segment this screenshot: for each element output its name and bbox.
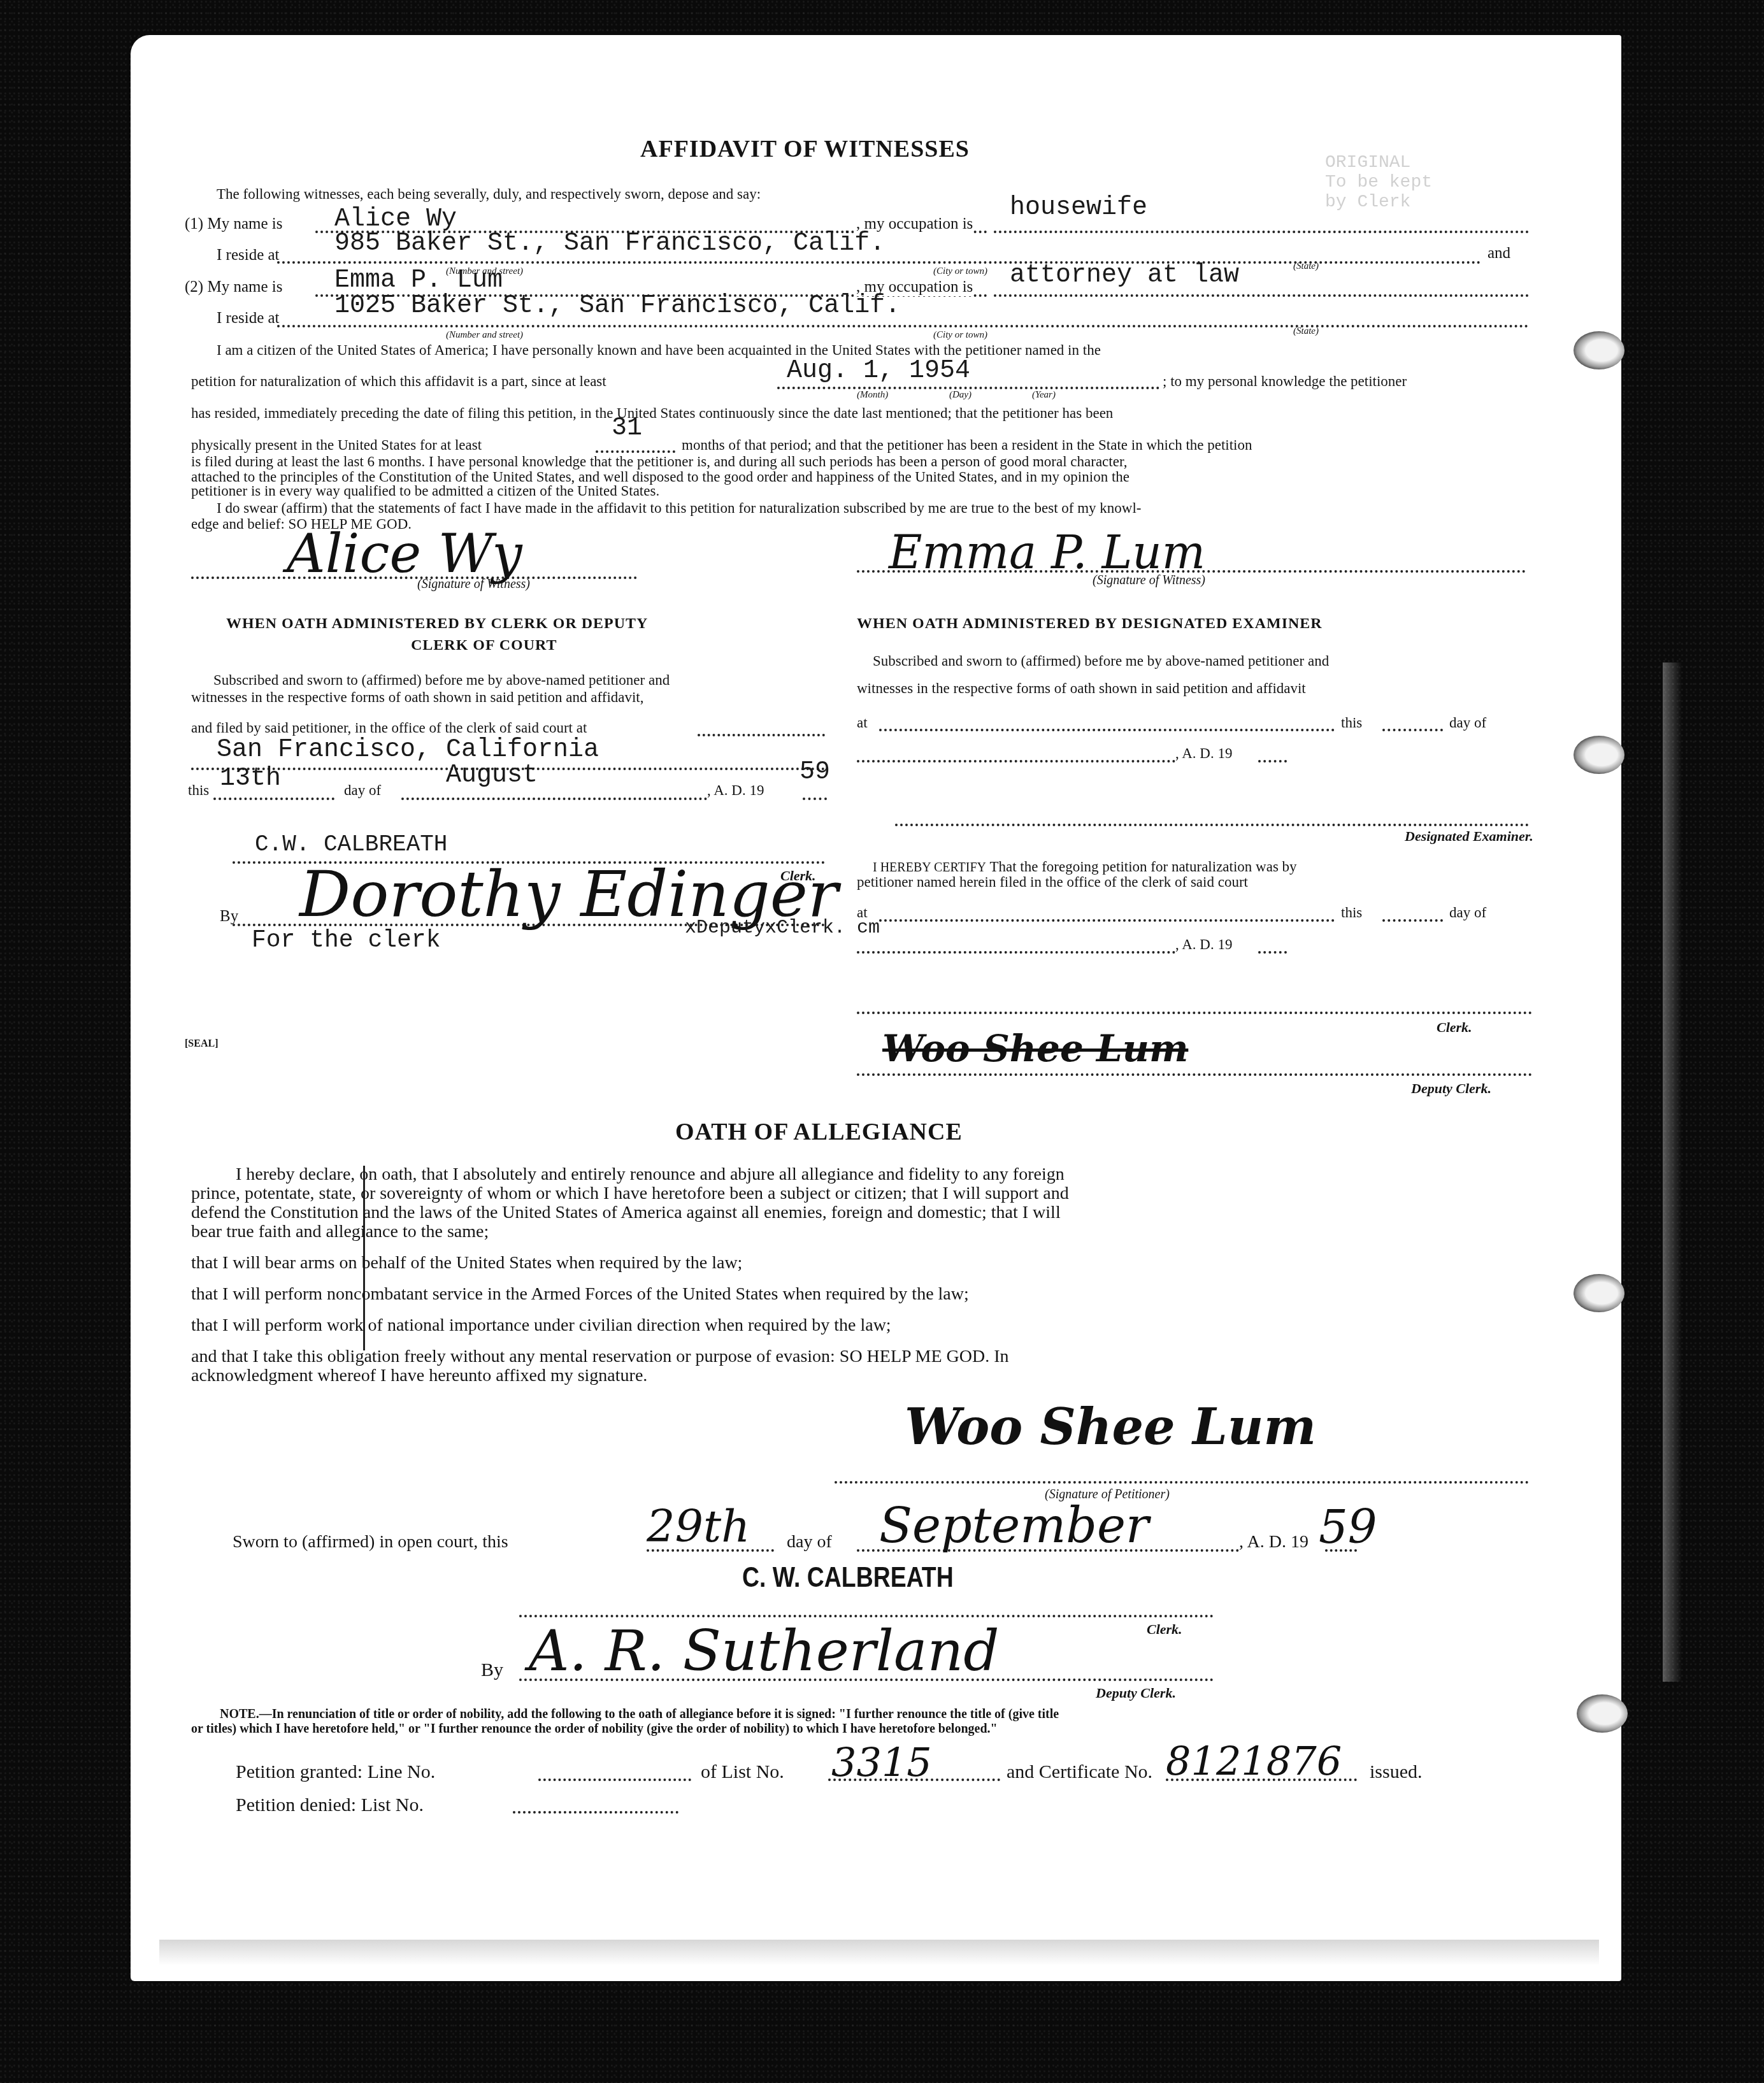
petitioner-signature-line: [835, 1481, 1529, 1484]
seal-label: [SEAL]: [185, 1038, 218, 1050]
witness2-address[interactable]: 1025 Baker St., San Francisco, Calif.: [334, 292, 900, 320]
affidavit-body-line2-post: ; to my personal knowledge the petitione…: [1163, 373, 1407, 390]
granted-label: Petition granted: Line No.: [236, 1761, 435, 1783]
note-line2: or titles) which I have heretofore held,…: [191, 1722, 998, 1736]
punch-hole-icon: [1574, 1274, 1624, 1312]
witness2-signature: Emma P. Lum: [889, 526, 1205, 579]
affidavit-title: AFFIDAVIT OF WITNESSES: [640, 135, 970, 163]
examiner-this-label: this: [1341, 715, 1362, 731]
clerk-year-line: [803, 798, 827, 800]
certify-clerk-line: [857, 1012, 1532, 1014]
caption-year: (Year): [1032, 390, 1056, 401]
clerk-by-label: By: [220, 908, 238, 926]
witness2-occupation-line: [994, 294, 1529, 297]
certify-at-label: at: [857, 905, 868, 921]
oath-line9: acknowledgment whereof I have hereunto a…: [191, 1366, 647, 1386]
caption-state: (State): [1293, 326, 1319, 337]
examiner-at-label: at: [857, 715, 868, 731]
caption-state: (State): [1293, 261, 1319, 272]
oath-line1: I hereby declare, on oath, that I absolu…: [236, 1164, 1065, 1185]
certify-at-line[interactable]: [879, 919, 1335, 922]
caption-day: (Day): [949, 390, 972, 401]
examiner-section-heading: WHEN OATH ADMINISTERED BY DESIGNATED EXA…: [857, 615, 1323, 633]
clerk-day[interactable]: 13th: [220, 764, 281, 793]
certify-ad-label: , A. D. 19: [1175, 936, 1232, 953]
clerk-ad-label: , A. D. 19: [707, 782, 764, 799]
examiner-text-line1: Subscribed and sworn to (affirmed) befor…: [873, 653, 1329, 669]
witness1-reside-label: I reside at: [217, 247, 280, 264]
list-no[interactable]: 3315: [831, 1739, 932, 1786]
witness2-address-line: [277, 325, 1529, 327]
caption-city-town: (City or town): [933, 330, 987, 341]
certify-deputy-line: [857, 1073, 1532, 1076]
denied-label: Petition denied: List No.: [236, 1794, 424, 1816]
witness2-signature-caption: (Signature of Witness): [1093, 573, 1205, 588]
sworn-day-of-label: day of: [787, 1532, 832, 1552]
punch-hole-icon: [1574, 736, 1624, 774]
witness1-name-label: (1) My name is: [185, 215, 282, 233]
oath-line2: prince, potentate, state, or sovereignty…: [191, 1184, 1069, 1204]
caption-month: (Month): [857, 390, 888, 401]
sworn-label: Sworn to (affirmed) in open court, this: [233, 1532, 508, 1552]
oath-title: OATH OF ALLEGIANCE: [675, 1118, 963, 1146]
clerk-section-text-line3: and filed by said petitioner, in the off…: [191, 720, 587, 736]
affidavit-body-line7: petitioner is in every way qualified to …: [191, 483, 659, 499]
oath-line5: that I will bear arms on behalf of the U…: [191, 1253, 742, 1273]
struck-petitioner-signature: Woo Shee Lum: [882, 1027, 1188, 1070]
clerk-name: C.W. CALBREATH: [255, 831, 447, 857]
witness1-signature-caption: (Signature of Witness): [417, 577, 530, 592]
clerk-stamp: C. W. CALBREATH: [742, 1562, 954, 1594]
caption-city-town: (City or town): [933, 266, 987, 277]
page-bottom-shadow: [159, 1940, 1599, 1965]
page-edge-shadow: [1663, 662, 1682, 1682]
deputy-typed-note: For the clerk: [252, 927, 440, 954]
witness1-occupation-line: [994, 231, 1529, 233]
witness2-occupation[interactable]: attorney at law: [1010, 261, 1239, 290]
denied-list-no-field[interactable]: [513, 1811, 678, 1814]
examiner-year-line[interactable]: [1258, 760, 1287, 762]
affidavit-body-line4: physically present in the United States …: [191, 437, 482, 454]
certify-text-line2: petitioner named herein filed in the off…: [857, 874, 1248, 891]
punch-hole-icon: [1574, 331, 1624, 369]
affidavit-body-line3: has resided, immediately preceding the d…: [191, 405, 1113, 422]
place-line-tail: [698, 734, 825, 736]
clerk-day-of-label: day of: [344, 782, 381, 799]
oath-clerk-caption: Clerk.: [1147, 1621, 1182, 1638]
witness1-address[interactable]: 985 Baker St., San Francisco, Calif.: [334, 229, 885, 258]
granted-line-no-field[interactable]: [538, 1779, 691, 1781]
certify-year-line[interactable]: [1258, 951, 1287, 954]
note-line1: NOTE.—In renunciation of title or order …: [220, 1707, 1059, 1722]
certify-clerk-caption: Clerk.: [1437, 1019, 1472, 1036]
clerk-month-line: [401, 798, 707, 800]
oath-by-label: By: [481, 1659, 503, 1681]
months-present[interactable]: 31: [612, 414, 642, 443]
examiner-at-line[interactable]: [879, 729, 1335, 731]
oath-line6: that I will perform noncombatant service…: [191, 1284, 969, 1305]
witness2-name[interactable]: Emma P. Lum: [334, 266, 503, 295]
oath-line7: that I will perform work of national imp…: [191, 1315, 891, 1336]
deputy-overtype: xDeputyxClerk. cm: [685, 917, 880, 939]
clerk-section-heading-line1: WHEN OATH ADMINISTERED BY CLERK OR DEPUT…: [226, 615, 648, 633]
clerk-section-text-line2: witnesses in the respective forms of oat…: [191, 689, 644, 706]
sworn-month[interactable]: September: [879, 1497, 1149, 1554]
clerk-this-label: this: [188, 782, 209, 799]
clerk-section-heading-line2: CLERK OF COURT: [411, 637, 557, 654]
certify-day-line[interactable]: [1382, 919, 1443, 922]
certify-text-line1-content: That the foregoing petition for naturali…: [989, 859, 1296, 875]
certificate-no[interactable]: 8121876: [1166, 1738, 1342, 1784]
oath-deputy-signature: A. R. Sutherland: [529, 1618, 999, 1684]
clerk-year[interactable]: 59: [800, 758, 830, 787]
affidavit-body-line4-post: months of that period; and that the peti…: [682, 437, 1252, 454]
certificate-label: and Certificate No.: [1007, 1761, 1152, 1783]
oath-deputy-caption: Deputy Clerk.: [1096, 1685, 1176, 1701]
certify-text-line1: I HEREBY CERTIFY That the foregoing peti…: [873, 859, 1297, 875]
bleed-through-text: ORIGINALTo be keptby Clerk: [1325, 153, 1432, 212]
acquainted-since-line: [777, 387, 1159, 389]
clerk-month[interactable]: August: [446, 761, 538, 790]
sworn-ad-label: , A. D. 19: [1239, 1532, 1309, 1552]
oath-line8: and that I take this obligation freely w…: [191, 1347, 1009, 1367]
clerk-place[interactable]: San Francisco, California: [217, 736, 599, 764]
caption-number-street: (Number and street): [446, 330, 523, 341]
certify-month-line[interactable]: [857, 951, 1175, 954]
examiner-month-line[interactable]: [857, 760, 1175, 762]
oath-line4: bear true faith and allegiance to the sa…: [191, 1222, 489, 1242]
affidavit-body-line5: is filed during at least the last 6 mont…: [191, 454, 1127, 470]
examiner-caption: Designated Examiner.: [1405, 828, 1533, 845]
petitioner-signature: Woo Shee Lum: [905, 1398, 1316, 1456]
witness1-signature: Alice Wy: [287, 522, 522, 585]
oath-clerk-line: [519, 1615, 1214, 1617]
examiner-day-of-label: day of: [1449, 715, 1486, 731]
witness2-reside-label: I reside at: [217, 310, 280, 327]
swear-line1: I do swear (affirm) that the statements …: [217, 500, 1142, 517]
months-present-line: [596, 450, 675, 453]
certify-lead: I HEREBY CERTIFY: [873, 861, 986, 875]
and-label: and: [1488, 245, 1510, 262]
examiner-ad-label: , A. D. 19: [1175, 745, 1232, 762]
sworn-day[interactable]: 29th: [647, 1500, 750, 1552]
acquainted-since-date[interactable]: Aug. 1, 1954: [787, 357, 970, 385]
of-list-label: of List No.: [701, 1761, 784, 1783]
examiner-day-line[interactable]: [1382, 729, 1443, 731]
clerk-section-text-line1: Subscribed and sworn to (affirmed) befor…: [213, 672, 670, 689]
sworn-year[interactable]: 59: [1319, 1500, 1377, 1554]
certify-day-of-label: day of: [1449, 905, 1486, 921]
affidavit-intro: The following witnesses, each being seve…: [217, 186, 761, 203]
oath-line3: defend the Constitution and the laws of …: [191, 1203, 1061, 1223]
examiner-text-line2: witnesses in the respective forms of oat…: [857, 680, 1306, 697]
certify-this-label: this: [1341, 905, 1362, 921]
punch-hole-icon: [1577, 1694, 1628, 1733]
clerk-day-line: [213, 798, 334, 800]
issued-label: issued.: [1370, 1761, 1423, 1783]
witness1-occupation[interactable]: housewife: [1010, 194, 1147, 222]
affidavit-body-line2: petition for naturalization of which thi…: [191, 373, 606, 390]
examiner-signature-line: [895, 824, 1529, 826]
certify-deputy-caption: Deputy Clerk.: [1411, 1080, 1491, 1097]
witness2-name-label: (2) My name is: [185, 278, 282, 296]
